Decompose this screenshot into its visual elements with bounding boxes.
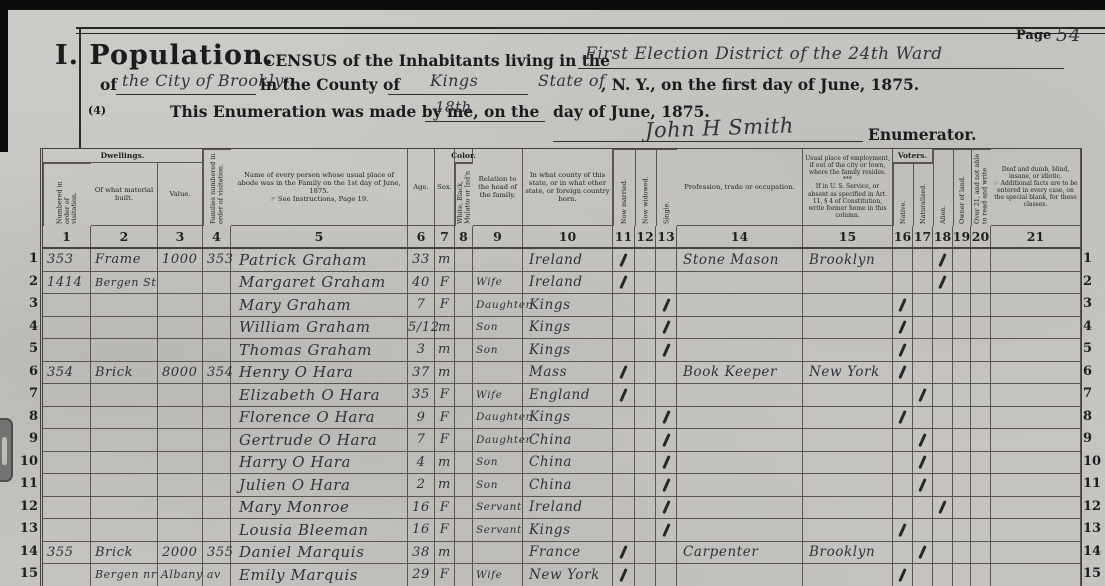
column-header-11: Now married. [613,149,635,226]
cell-r1-c2: Frame [91,249,158,272]
column-header-15: Usual place of employment, if out of the… [803,149,893,226]
cell-text: Son [473,321,498,333]
tally-mark [918,478,926,492]
tally-mark [619,275,627,289]
cell-r12-c13 [656,497,677,520]
top-border-rule [76,27,1105,34]
cell-r8-c17 [913,407,933,430]
cell-r5-c12 [635,339,656,362]
cell-r6-c13 [656,362,677,385]
cell-text: 16 [408,522,434,537]
cell-r14-c13 [656,542,677,565]
cell-r2-c8 [455,272,473,295]
blank-line-county [388,94,528,95]
column-header-4: Families numbered in order of visitation… [203,149,231,226]
cell-r10-c14 [677,452,803,475]
cell-text: 40 [408,275,434,290]
cell-r12-c11 [613,497,635,520]
cell-r9-c20 [971,429,991,452]
scan-edge-top [0,0,1105,10]
cell-r4-c21 [991,317,1081,340]
cell-r11-c21 [991,474,1081,497]
cell-r6-c2: Brick [91,362,158,385]
cell-text: F [435,297,454,312]
row-number-10: 10 [12,451,38,474]
cell-text: Henry O Hara [231,363,353,381]
cell-r1-c6: 33 [408,249,435,272]
cell-text: F [435,567,454,582]
cell-r7-c17 [913,384,933,407]
cell-r14-c10: France [523,542,613,565]
column-number-3: 3 [158,226,203,249]
cell-r12-c15 [803,497,893,520]
cell-text: 37 [408,365,434,380]
cell-r15-c5: Emily Marquis [231,564,408,586]
cell-r3-c16 [893,294,913,317]
cell-r8-c4 [203,407,231,430]
column-header-14: Profession, trade or occupation. [677,149,803,226]
cell-r7-c13 [656,384,677,407]
cell-r6-c18 [933,362,953,385]
cell-r4-c20 [971,317,991,340]
cell-r6-c19 [953,362,971,385]
cell-r5-c16 [893,339,913,362]
column-number-9: 9 [473,226,523,249]
cell-r11-c3 [158,474,203,497]
tally-mark [662,343,670,357]
cell-r15-c17 [913,564,933,586]
cell-r2-c9: Wife [473,272,523,295]
row-number-7: 7 [12,383,38,406]
tally-mark [662,500,670,514]
cell-r10-c10: China [523,452,613,475]
cell-r15-c20 [971,564,991,586]
cell-r11-c7: m [435,474,455,497]
cell-r7-c8 [455,384,473,407]
cell-r3-c15 [803,294,893,317]
cell-r4-c18 [933,317,953,340]
cell-r3-c21 [991,294,1081,317]
cell-text: Florence O Hara [231,408,375,426]
cell-text: 354 [43,365,74,380]
cell-r5-c11 [613,339,635,362]
cell-r10-c1 [43,452,91,475]
cell-r3-c13 [656,294,677,317]
cell-r3-c7: F [435,294,455,317]
cell-r3-c4 [203,294,231,317]
cell-r7-c11 [613,384,635,407]
column-number-19: 19 [953,226,971,249]
cell-r10-c6: 4 [408,452,435,475]
cell-r13-c7: F [435,519,455,542]
cell-r15-c10: New York [523,564,613,586]
cell-r5-c10: Kings [523,339,613,362]
tally-mark [662,478,670,492]
cell-text: 355 [203,545,234,560]
cell-r11-c12 [635,474,656,497]
cell-r9-c5: Gertrude O Hara [231,429,408,452]
line2-written-county: Kings [430,71,478,90]
cell-text: New York [523,567,600,583]
cell-r7-c6: 35 [408,384,435,407]
column-header-13: Single. [656,149,677,226]
cell-r15-c18 [933,564,953,586]
cell-r12-c9: Servant [473,497,523,520]
column-number-6: 6 [408,226,435,249]
blank-line-city [116,94,256,95]
cell-r15-c15 [803,564,893,586]
section-title: I. Population. [55,40,274,71]
row-number-14: 14 [12,541,38,564]
row-number-15: 15 [1083,563,1103,586]
cell-r10-c17 [913,452,933,475]
tally-mark [918,433,926,447]
cell-text: Son [473,456,498,468]
row-number-2: 2 [1083,271,1103,294]
cell-r2-c16 [893,272,913,295]
column-header-5: Name of every person whose usual place o… [231,149,408,226]
cell-text: 355 [43,545,74,560]
cell-r9-c15 [803,429,893,452]
cell-r2-c10: Ireland [523,272,613,295]
cell-r7-c5: Elizabeth O Hara [231,384,408,407]
cell-r10-c20 [971,452,991,475]
cell-r15-c7: F [435,564,455,586]
cell-text: New York [803,364,880,380]
blank-line-day [425,121,545,122]
column-number-16: 16 [893,226,913,249]
cell-r10-c15 [803,452,893,475]
row-numbers-left: 123456789101112131415 [12,248,42,586]
cell-r4-c14 [677,317,803,340]
cell-r14-c5: Daniel Marquis [231,542,408,565]
cell-text: Kings [523,409,571,425]
cell-text: F [435,500,454,515]
cell-r2-c2: Bergen St [91,272,158,295]
cell-r2-c15 [803,272,893,295]
cell-text: Son [473,479,498,491]
cell-r5-c13 [656,339,677,362]
cell-r6-c14: Book Keeper [677,362,803,385]
cell-r8-c14 [677,407,803,430]
column-header-8: White, Black, Mulatto or Ind'n [455,163,473,226]
cell-r15-c19 [953,564,971,586]
cell-r3-c20 [971,294,991,317]
cell-text: 354 [203,365,234,380]
row-number-15: 15 [12,563,38,586]
blank-line-district [578,68,1064,69]
cell-r13-c1 [43,519,91,542]
cell-r3-c11 [613,294,635,317]
column-number-4: 4 [203,226,231,249]
cell-r3-c14 [677,294,803,317]
cell-text: Brooklyn [803,544,875,560]
cell-r15-c9: Wife [473,564,523,586]
cell-r1-c10: Ireland [523,249,613,272]
cell-r12-c12 [635,497,656,520]
cell-text: Bergen nr Albany av [91,568,221,581]
cell-text: Brick [91,545,133,560]
column-header-9: Relation to the head of the family. [473,149,523,226]
cell-r9-c16 [893,429,913,452]
cell-r9-c3 [158,429,203,452]
tally-mark [619,568,627,582]
cell-text: Daniel Marquis [231,543,365,561]
cell-r8-c7: F [435,407,455,430]
column-header-19: Owner of land. [953,149,971,226]
cell-text: 4 [408,455,434,470]
cell-r6-c6: 37 [408,362,435,385]
cell-r2-c5: Margaret Graham [231,272,408,295]
cell-r2-c7: F [435,272,455,295]
cell-text: Stone Mason [677,252,779,268]
column-header-20: Over 21, and not able to read and write [971,149,991,226]
cell-text: Bergen St [91,276,156,289]
cell-r1-c19 [953,249,971,272]
cell-r3-c17 [913,294,933,317]
cell-r5-c9: Son [473,339,523,362]
cell-text: Mary Monroe [231,498,349,516]
tally-mark [918,388,926,402]
cell-text: 33 [408,252,434,267]
cell-r2-c17 [913,272,933,295]
cell-r4-c10: Kings [523,317,613,340]
row-number-10: 10 [1083,451,1103,474]
column-header-16: Native. [893,163,913,226]
cell-r13-c18 [933,519,953,542]
cell-r11-c16 [893,474,913,497]
cell-r4-c6: 5/12 [408,317,435,340]
cell-r7-c19 [953,384,971,407]
cell-r4-c11 [613,317,635,340]
column-header-7: Sex. [435,149,455,226]
cell-r14-c21 [991,542,1081,565]
page-label: Page [1016,28,1051,43]
line2-written-state: State of [538,71,605,90]
cell-text: Wife [473,389,502,401]
cell-r11-c15 [803,474,893,497]
row-number-4: 4 [12,316,38,339]
cell-r5-c19 [953,339,971,362]
cell-text: 353 [203,252,234,267]
cell-r8-c6: 9 [408,407,435,430]
cell-text: 2 [408,477,434,492]
row-number-9: 9 [1083,428,1103,451]
cell-r5-c1 [43,339,91,362]
cell-r13-c8 [455,519,473,542]
line3-written-day: 18th [435,98,472,116]
cell-r11-c6: 2 [408,474,435,497]
cell-r1-c12 [635,249,656,272]
cell-text: Lousia Bleeman [231,521,369,539]
cell-r3-c12 [635,294,656,317]
cell-r13-c4 [203,519,231,542]
cell-r3-c2 [91,294,158,317]
cell-r14-c2: Brick [91,542,158,565]
cell-r6-c5: Henry O Hara [231,362,408,385]
cell-r3-c18 [933,294,953,317]
cell-r15-c8 [455,564,473,586]
cell-text: Frame [91,252,141,267]
cell-r6-c1: 354 [43,362,91,385]
cell-text: Wife [473,569,502,581]
cell-r9-c12 [635,429,656,452]
cell-text: F [435,387,454,402]
cell-r8-c13 [656,407,677,430]
cell-text: m [435,455,454,470]
cell-r15-c1 [43,564,91,586]
tally-mark [662,410,670,424]
cell-r5-c18 [933,339,953,362]
column-number-5: 5 [231,226,408,249]
cell-text: Brooklyn [803,252,875,268]
cell-r15-c14 [677,564,803,586]
cell-r15-c6: 29 [408,564,435,586]
cell-text: China [523,432,572,448]
cell-r1-c13 [656,249,677,272]
cell-r10-c5: Harry O Hara [231,452,408,475]
cell-text: France [523,544,581,560]
cell-r9-c11 [613,429,635,452]
tally-mark [898,343,906,357]
cell-r4-c15 [803,317,893,340]
cell-r1-c4: 353 [203,249,231,272]
cell-r3-c5: Mary Graham [231,294,408,317]
cell-r4-c12 [635,317,656,340]
cell-r1-c20 [971,249,991,272]
cell-r8-c9: Daughter [473,407,523,430]
tally-mark [898,365,906,379]
tally-mark [662,455,670,469]
cell-text: Kings [523,297,571,313]
cell-r15-c21 [991,564,1081,586]
column-header-21: Deaf and dumb, blind, insane, or idiotic… [991,149,1081,226]
cell-r12-c19 [953,497,971,520]
cell-text: 8000 [158,365,197,380]
cell-text: F [435,522,454,537]
row-number-5: 5 [1083,338,1103,361]
cell-text: m [435,545,454,560]
cell-text: Ireland [523,274,583,290]
cell-text: 1414 [43,275,82,290]
cell-r2-c21 [991,272,1081,295]
cell-r7-c16 [893,384,913,407]
tally-mark [898,523,906,537]
cell-r9-c17 [913,429,933,452]
cell-r1-c17 [913,249,933,272]
cell-r2-c20 [971,272,991,295]
cell-r11-c10: China [523,474,613,497]
cell-r9-c10: China [523,429,613,452]
cell-r2-c3 [158,272,203,295]
page-number: 54 [1056,24,1081,46]
cell-r1-c14: Stone Mason [677,249,803,272]
cell-text: Book Keeper [677,364,777,380]
cell-r14-c7: m [435,542,455,565]
cell-r8-c1 [43,407,91,430]
cell-r10-c3 [158,452,203,475]
cell-text: Servant [473,501,522,513]
cell-r5-c3 [158,339,203,362]
cell-r11-c2 [91,474,158,497]
cell-r2-c4 [203,272,231,295]
tally-mark [938,253,946,267]
cell-text: China [523,454,572,470]
cell-r11-c8 [455,474,473,497]
group-header-color: Color. [455,149,473,163]
cell-r9-c6: 7 [408,429,435,452]
row-number-12: 12 [1083,496,1103,519]
cell-text: m [435,365,454,380]
cell-text: F [435,410,454,425]
cell-r12-c18 [933,497,953,520]
cell-r3-c6: 7 [408,294,435,317]
cell-r1-c5: Patrick Graham [231,249,408,272]
cell-text: Servant [473,524,522,536]
cell-r1-c15: Brooklyn [803,249,893,272]
cell-r13-c13 [656,519,677,542]
cell-r1-c21 [991,249,1081,272]
cell-r6-c17 [913,362,933,385]
cell-text: 3 [408,342,434,357]
cell-r15-c11 [613,564,635,586]
cell-r13-c20 [971,519,991,542]
column-number-12: 12 [635,226,656,249]
cell-r4-c3 [158,317,203,340]
row-number-11: 11 [1083,473,1103,496]
cell-r8-c21 [991,407,1081,430]
cell-r2-c13 [656,272,677,295]
cell-text: m [435,320,454,335]
cell-r4-c2 [91,317,158,340]
cell-r8-c12 [635,407,656,430]
cell-r9-c21 [991,429,1081,452]
cell-text: 2000 [158,545,197,560]
cell-r11-c11 [613,474,635,497]
cell-text: Ireland [523,252,583,268]
cell-text: Emily Marquis [231,566,358,584]
line2-printed-end: , N. Y., on the first day of June, 1875. [601,75,919,94]
cell-r13-c10: Kings [523,519,613,542]
row-number-13: 13 [12,518,38,541]
cell-r9-c4 [203,429,231,452]
cell-r10-c16 [893,452,913,475]
row-numbers-right: 123456789101112131415 [1083,248,1103,586]
cell-r13-c9: Servant [473,519,523,542]
cell-r4-c5: William Graham [231,317,408,340]
cell-r14-c18 [933,542,953,565]
tally-mark [662,320,670,334]
cell-r14-c4: 355 [203,542,231,565]
tally-mark [938,275,946,289]
cell-r8-c2 [91,407,158,430]
cell-r14-c16 [893,542,913,565]
cell-r7-c14 [677,384,803,407]
cell-r1-c16 [893,249,913,272]
tally-mark [918,455,926,469]
cell-text: Carpenter [677,544,758,560]
tally-mark [898,568,906,582]
cell-r10-c12 [635,452,656,475]
cell-text: 29 [408,567,434,582]
cell-text: William Graham [231,318,371,336]
cell-text: England [523,387,590,403]
census-line-printed: CENSUS of the Inhabitants living in the [263,51,610,70]
cell-r5-c5: Thomas Graham [231,339,408,362]
scroll-handle-grip [2,437,7,465]
enumerator-signature: John H Smith [645,113,795,142]
cell-r7-c21 [991,384,1081,407]
